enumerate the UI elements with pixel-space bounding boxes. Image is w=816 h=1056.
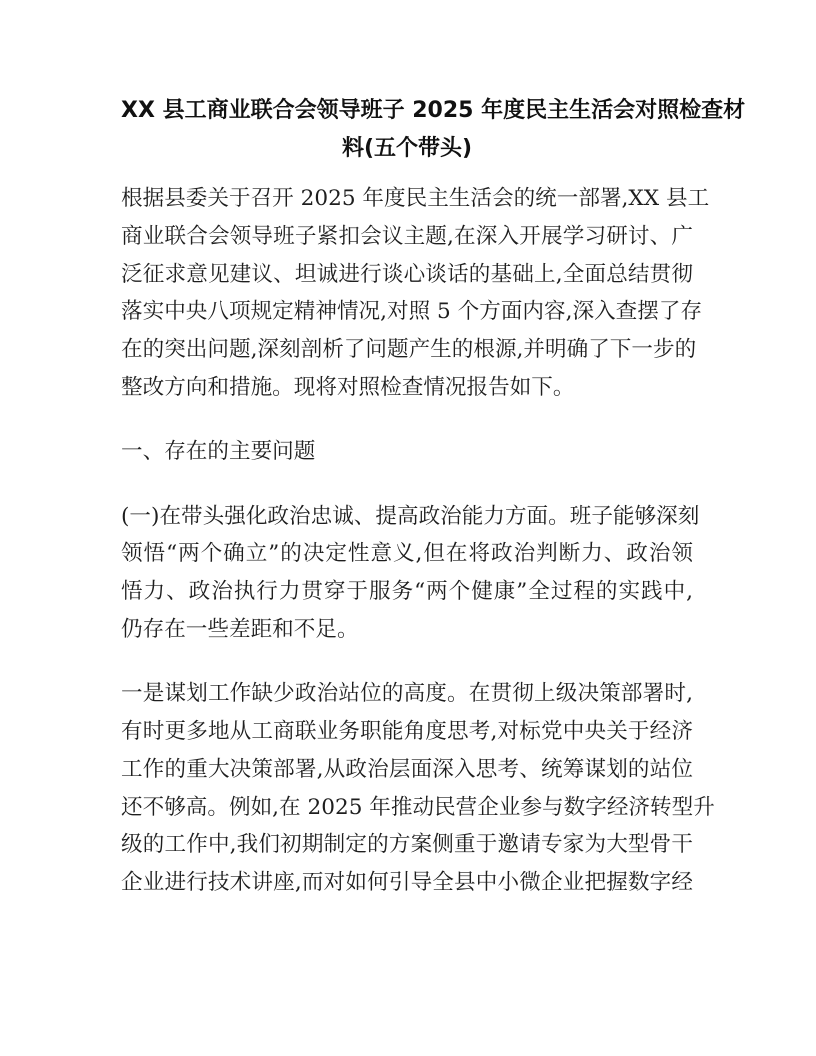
text-line: (一)在带头强化政治忠诚、提高政治能力方面。班子能够深刻: [121, 498, 693, 536]
text-line: 有时更多地从工商联业务职能角度思考,对标党中央关于经济: [121, 713, 693, 751]
text-line: 根据县委关于召开 2025 年度民主生活会的统一部署,XX 县工: [121, 180, 693, 218]
text-line: 级的工作中,我们初期制定的方案侧重于邀请专家为大型骨干: [121, 826, 693, 864]
body-paragraph: 一是谋划工作缺少政治站位的高度。在贯彻上级决策部署时, 有时更多地从工商联业务职…: [121, 675, 693, 902]
text-line: 还不够高。例如,在 2025 年推动民营企业参与数字经济转型升: [121, 789, 693, 827]
text-line: 落实中央八项规定精神情况,对照 5 个方面内容,深入查摆了存: [121, 293, 693, 331]
text-line: 一是谋划工作缺少政治站位的高度。在贯彻上级决策部署时,: [121, 675, 693, 713]
title-line-2: 料(五个带头): [121, 130, 693, 168]
text-line: 悟力、政治执行力贯穿于服务“两个健康”全过程的实践中,: [121, 573, 693, 611]
document-page: XX 县工商业联合会领导班子 2025 年度民主生活会对照检查材 料(五个带头)…: [0, 0, 816, 1056]
section-heading: 一、存在的主要问题: [121, 433, 693, 471]
title-line-1: XX 县工商业联合会领导班子 2025 年度民主生活会对照检查材: [121, 92, 693, 130]
document-title: XX 县工商业联合会领导班子 2025 年度民主生活会对照检查材 料(五个带头): [121, 92, 693, 168]
text-line: 工作的重大决策部署,从政治层面深入思考、统筹谋划的站位: [121, 751, 693, 789]
text-line: 在的突出问题,深刻剖析了问题产生的根源,并明确了下一步的: [121, 331, 693, 369]
text-line: 领悟“两个确立”的决定性意义,但在将政治判断力、政治领: [121, 535, 693, 573]
subsection-paragraph: (一)在带头强化政治忠诚、提高政治能力方面。班子能够深刻 领悟“两个确立”的决定…: [121, 498, 693, 649]
text-line: 仍存在一些差距和不足。: [121, 611, 693, 649]
document-body: 根据县委关于召开 2025 年度民主生活会的统一部署,XX 县工 商业联合会领导…: [121, 180, 693, 902]
text-line: 企业进行技术讲座,而对如何引导全县中小微企业把握数字经: [121, 864, 693, 902]
text-line: 泛征求意见建议、坦诚进行谈心谈话的基础上,全面总结贯彻: [121, 256, 693, 294]
document-content: XX 县工商业联合会领导班子 2025 年度民主生活会对照检查材 料(五个带头)…: [121, 92, 693, 929]
text-line: 整改方向和措施。现将对照检查情况报告如下。: [121, 369, 693, 407]
intro-paragraph: 根据县委关于召开 2025 年度民主生活会的统一部署,XX 县工 商业联合会领导…: [121, 180, 693, 407]
text-line: 商业联合会领导班子紧扣会议主题,在深入开展学习研讨、广: [121, 218, 693, 256]
section-heading-text: 一、存在的主要问题: [121, 433, 693, 471]
